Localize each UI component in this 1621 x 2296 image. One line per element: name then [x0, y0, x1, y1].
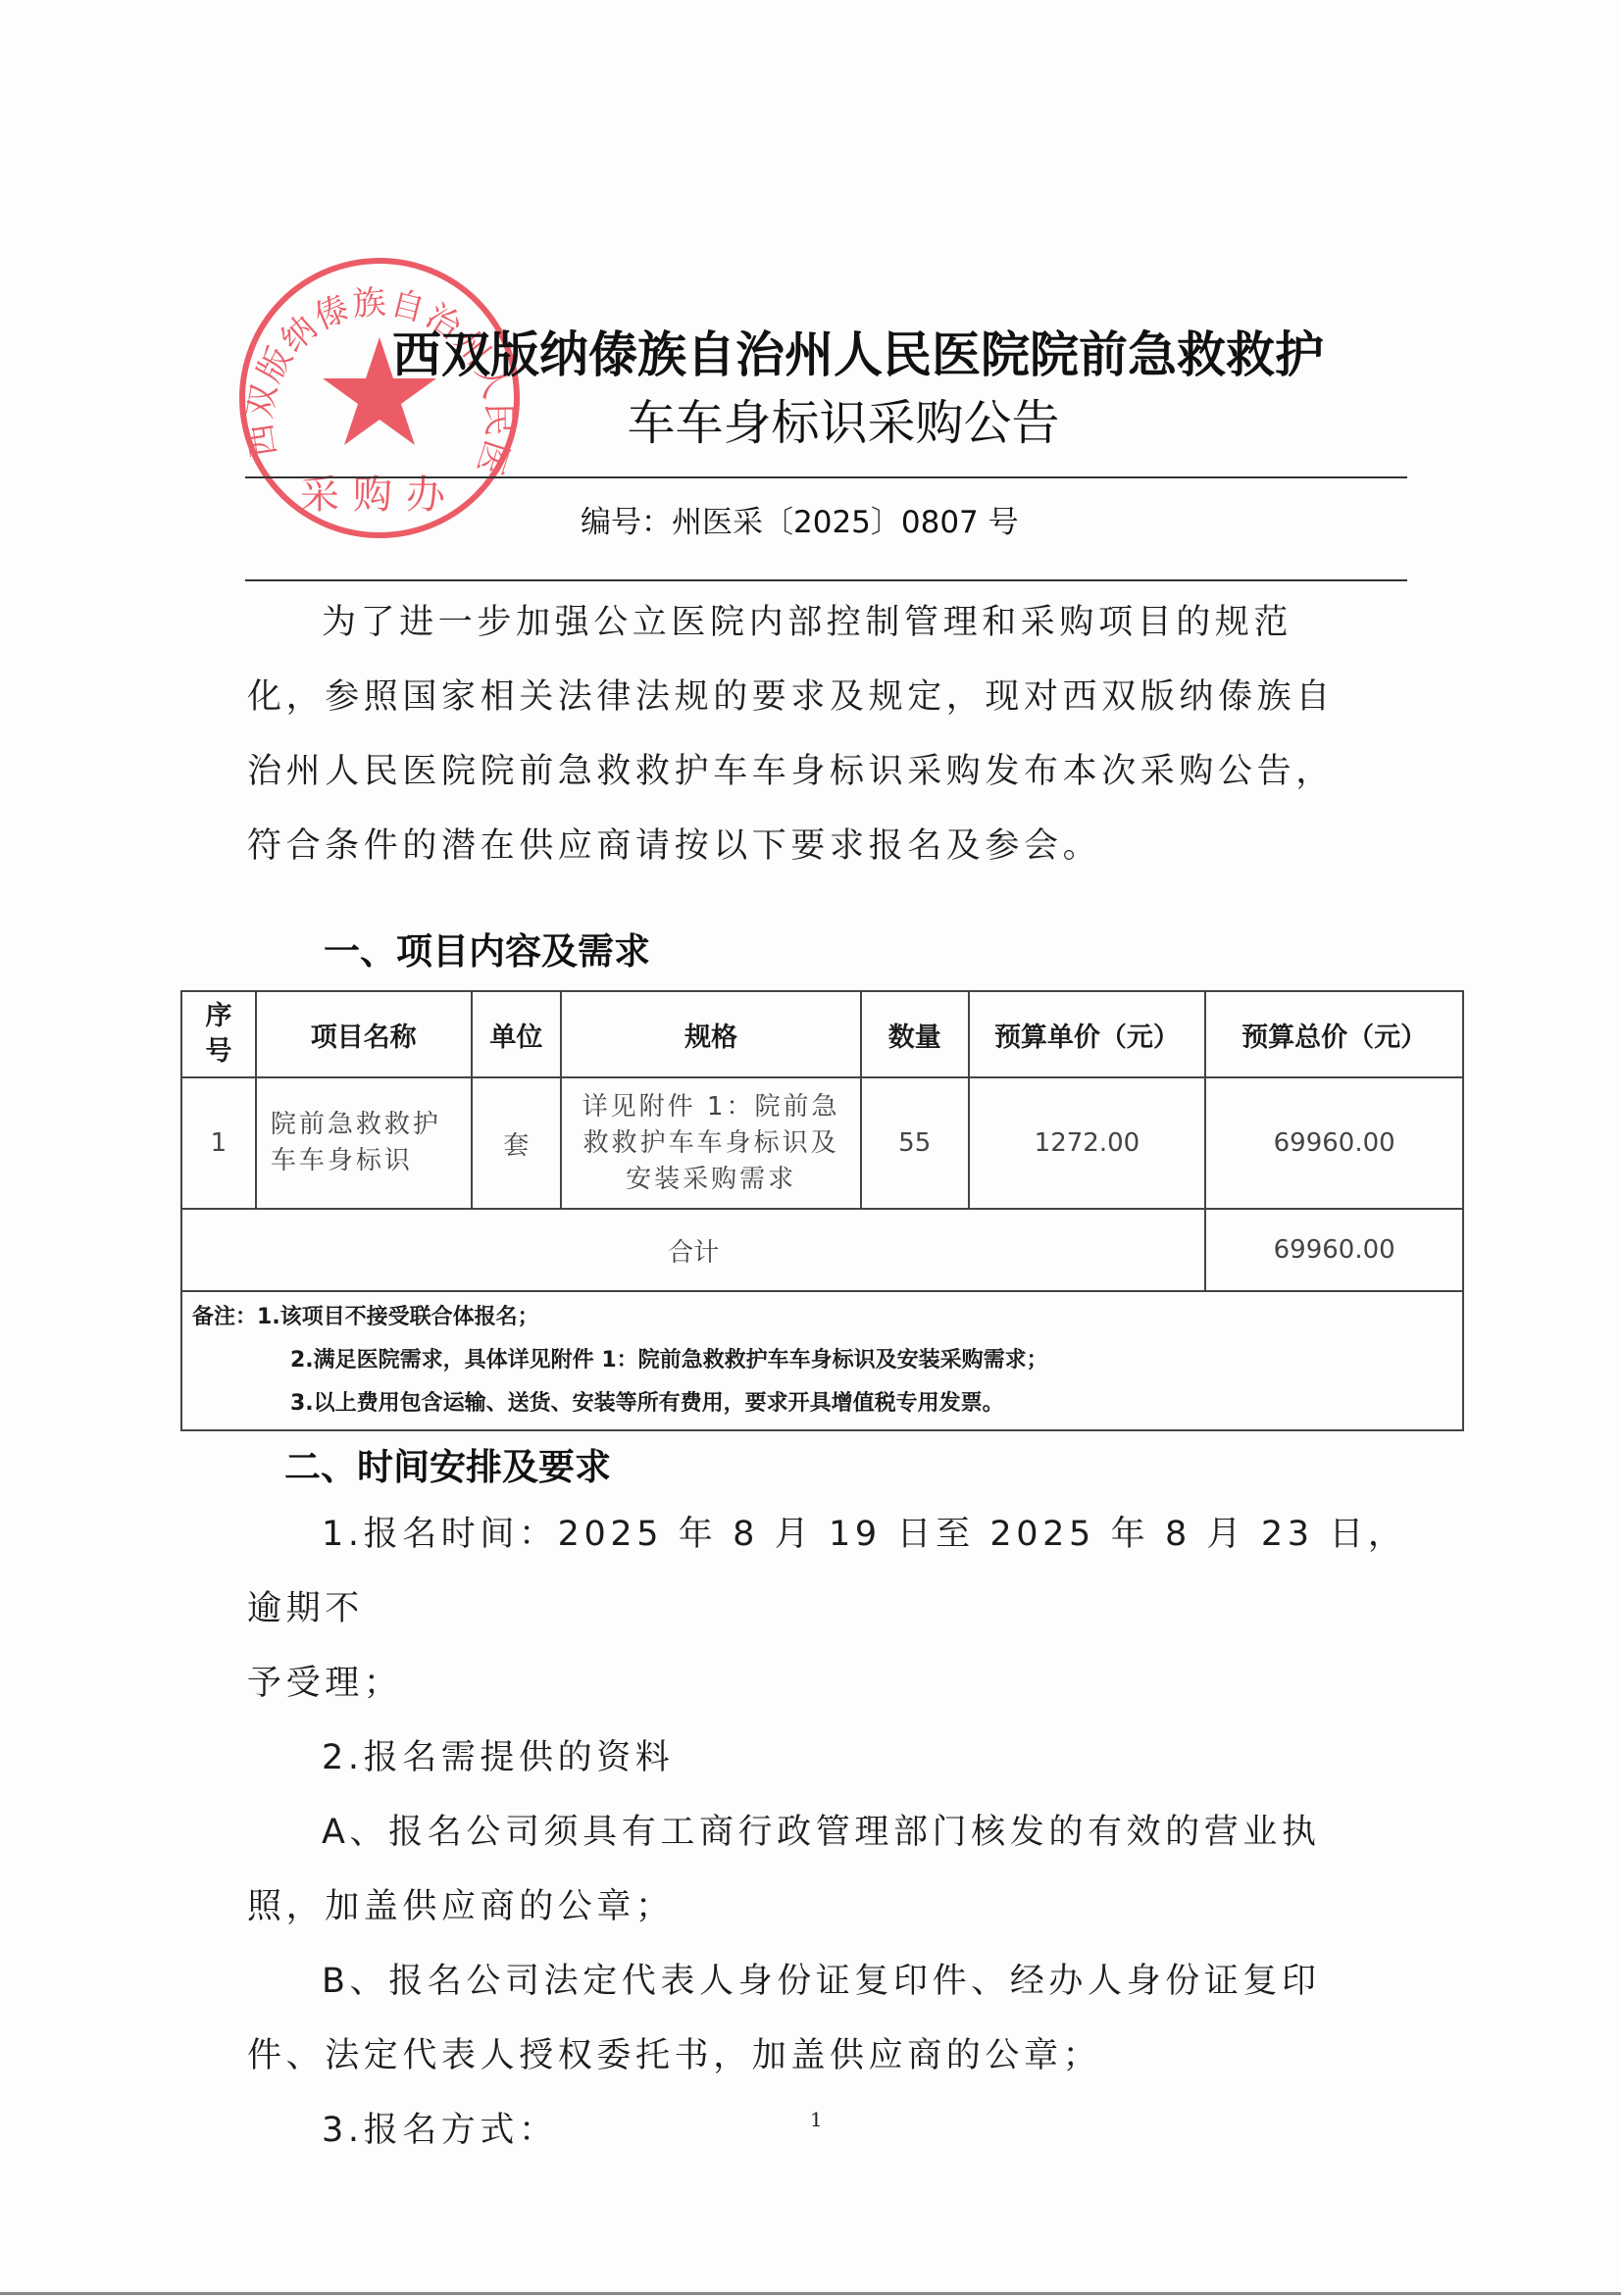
table-row: 1 院前急救救护车车身标识 套 详见附件 1：院前急救救护车车身标识及安装采购需…: [181, 1077, 1463, 1209]
header-no: 序号: [181, 991, 256, 1077]
cell-unit: 套: [472, 1077, 562, 1209]
cell-total-price: 69960.00: [1205, 1077, 1463, 1209]
cell-unit-price: 1272.00: [969, 1077, 1206, 1209]
note-item: 3.以上费用包含运输、送货、安装等所有费用，要求开具增值税专用发票。: [192, 1382, 1452, 1425]
cell-qty: 55: [861, 1077, 969, 1209]
intro-line: 治州人民医院院前急救救护车车身标识采购发布本次采购公告，: [247, 734, 1409, 809]
intro-paragraph: 为了进一步加强公立医院内部控制管理和采购项目的规范 化，参照国家相关法律法规的要…: [247, 585, 1409, 883]
sum-label: 合计: [181, 1209, 1205, 1291]
intro-line: 化，参照国家相关法律法规的要求及规定，现对西双版纳傣族自: [247, 660, 1409, 734]
document-title-line-2: 车车身标识采购公告: [569, 392, 1118, 455]
sum-value: 69960.00: [1205, 1209, 1463, 1291]
official-seal-stamp: 西双版纳傣族自治州人民医院 采购办: [232, 251, 527, 545]
requirement-b: B、报名公司法定代表人身份证复印件、经办人身份证复印: [322, 1962, 1321, 2001]
notes-prefix: 备注：: [192, 1305, 257, 1329]
header-spec: 规格: [561, 991, 860, 1077]
table-notes: 备注：1.该项目不接受联合体报名； 2.满足医院需求，具体详见附件 1：院前急救…: [181, 1291, 1463, 1430]
intro-line: 为了进一步加强公立医院内部控制管理和采购项目的规范: [322, 603, 1292, 642]
note-item: 2.满足医院需求，具体详见附件 1：院前急救救护车车身标识及安装采购需求；: [192, 1339, 1452, 1382]
section-1-heading: 一、项目内容及需求: [324, 922, 650, 974]
table-sum-row: 合计 69960.00: [181, 1209, 1463, 1291]
registration-time: 1.报名时间：2025 年 8 月 19 日至 2025 年 8 月 23 日，…: [247, 1515, 1407, 1628]
header-total-price: 预算总价（元）: [1205, 991, 1463, 1077]
svg-text:采购办: 采购办: [300, 473, 459, 518]
intro-line: 符合条件的潜在供应商请按以下要求报名及参会。: [247, 809, 1409, 883]
header-qty: 数量: [861, 991, 969, 1077]
cell-spec: 详见附件 1：院前急救救护车车身标识及安装采购需求: [561, 1077, 860, 1209]
header-unit: 单位: [472, 991, 562, 1077]
document-title-line-1: 西双版纳傣族自治州人民医院院前急救救护: [294, 324, 1422, 386]
cell-item-name: 院前急救救护车车身标识: [256, 1077, 472, 1209]
requirement-a-cont: 照，加盖供应商的公章；: [247, 1870, 1409, 1944]
table-notes-row: 备注：1.该项目不接受联合体报名； 2.满足医院需求，具体详见附件 1：院前急救…: [181, 1291, 1463, 1430]
cell-no: 1: [181, 1077, 256, 1209]
page-bottom-edge: [0, 2292, 1621, 2295]
section-2-body: 1.报名时间：2025 年 8 月 19 日至 2025 年 8 月 23 日，…: [247, 1497, 1409, 2168]
page-number: 1: [810, 2108, 823, 2131]
table-header-row: 序号 项目名称 单位 规格 数量 预算单价（元） 预算总价（元）: [181, 991, 1463, 1077]
registration-method-heading: 3.报名方式：: [322, 2111, 558, 2150]
title-divider-bottom: [245, 579, 1407, 581]
seal-icon: 西双版纳傣族自治州人民医院 采购办: [232, 251, 527, 545]
section-2-heading: 二、时间安排及要求: [284, 1437, 611, 1490]
header-item-name: 项目名称: [256, 991, 472, 1077]
procurement-table: 序号 项目名称 单位 规格 数量 预算单价（元） 预算总价（元） 1 院前急救救…: [180, 990, 1464, 1431]
registration-time-cont: 予受理；: [247, 1646, 1409, 1721]
document-number: 编号：州医采〔2025〕0807 号: [581, 497, 1019, 541]
requirement-b-cont: 件、法定代表人授权委托书，加盖供应商的公章；: [247, 2019, 1409, 2093]
required-materials-heading: 2.报名需提供的资料: [322, 1738, 674, 1777]
note-item: 1.该项目不接受联合体报名；: [257, 1305, 539, 1329]
requirement-a: A、报名公司须具有工商行政管理部门核发的有效的营业执: [322, 1813, 1321, 1852]
header-unit-price: 预算单价（元）: [969, 991, 1206, 1077]
title-divider-top: [245, 476, 1407, 478]
